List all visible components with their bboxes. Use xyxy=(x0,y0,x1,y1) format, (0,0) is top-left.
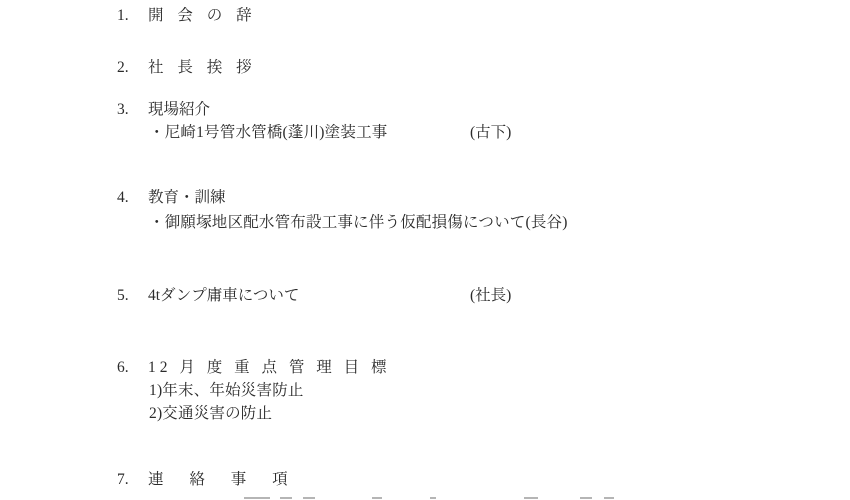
agenda-item-1: 1. 開 会 の 辞 xyxy=(0,7,850,25)
item-5-number: 5. xyxy=(117,287,129,305)
agenda-item-3: 3. 現場紹介 xyxy=(0,101,850,119)
item-6-detail-2-text: 2)交通災害の防止 xyxy=(149,405,272,423)
item-7-title: 連 絡 事 項 xyxy=(148,471,299,489)
item-5-title: 4tダンプ庸車について xyxy=(148,287,299,305)
item-6-title: 12 月 度 重 点 管 理 目 標 xyxy=(148,359,391,377)
item-7-number: 7. xyxy=(117,471,129,489)
agenda-item-6-detail-1: 1)年末、年始災害防止 xyxy=(0,382,850,400)
item-3-title: 現場紹介 xyxy=(148,101,210,119)
item-6-number: 6. xyxy=(117,359,129,377)
item-3-detail-text: ・尼崎1号管水管橋(蓬川)塗装工事 xyxy=(149,124,387,142)
cutoff-text-fragment xyxy=(430,497,436,499)
item-4-detail-text: ・御願塚地区配水管布設工事に伴う仮配損傷について(長谷) xyxy=(149,214,568,232)
item-4-number: 4. xyxy=(117,189,129,207)
item-3-presenter: (古下) xyxy=(470,124,511,142)
item-1-title: 開 会 の 辞 xyxy=(148,7,257,25)
agenda-item-7: 7. 連 絡 事 項 xyxy=(0,471,850,489)
cutoff-text-fragment xyxy=(372,497,382,499)
document-page: 1. 開 会 の 辞 2. 社 長 挨 拶 3. 現場紹介 ・尼崎1号管水管橋(… xyxy=(0,0,850,500)
item-6-detail-1-text: 1)年末、年始災害防止 xyxy=(149,382,304,400)
cutoff-text-fragment xyxy=(280,497,292,499)
cutoff-text-fragment xyxy=(524,497,538,499)
agenda-item-4-detail-1: ・御願塚地区配水管布設工事に伴う仮配損傷について(長谷) xyxy=(0,214,850,232)
item-5-presenter: (社長) xyxy=(470,287,511,305)
agenda-item-2: 2. 社 長 挨 拶 xyxy=(0,59,850,77)
item-4-title: 教育・訓練 xyxy=(148,189,226,207)
item-3-number: 3. xyxy=(117,101,129,119)
cutoff-text-fragment xyxy=(244,497,270,499)
cutoff-text-fragment xyxy=(580,497,592,499)
item-1-number: 1. xyxy=(117,7,129,25)
item-2-title: 社 長 挨 拶 xyxy=(148,59,257,77)
agenda-item-4: 4. 教育・訓練 xyxy=(0,189,850,207)
agenda-item-6: 6. 12 月 度 重 点 管 理 目 標 xyxy=(0,359,850,377)
agenda-item-5: 5. 4tダンプ庸車について (社長) xyxy=(0,287,850,305)
cutoff-text-fragment xyxy=(604,497,614,499)
agenda-item-6-detail-2: 2)交通災害の防止 xyxy=(0,405,850,423)
item-2-number: 2. xyxy=(117,59,129,77)
cutoff-text-fragment xyxy=(303,497,315,499)
agenda-item-3-detail-1: ・尼崎1号管水管橋(蓬川)塗装工事 (古下) xyxy=(0,124,850,142)
